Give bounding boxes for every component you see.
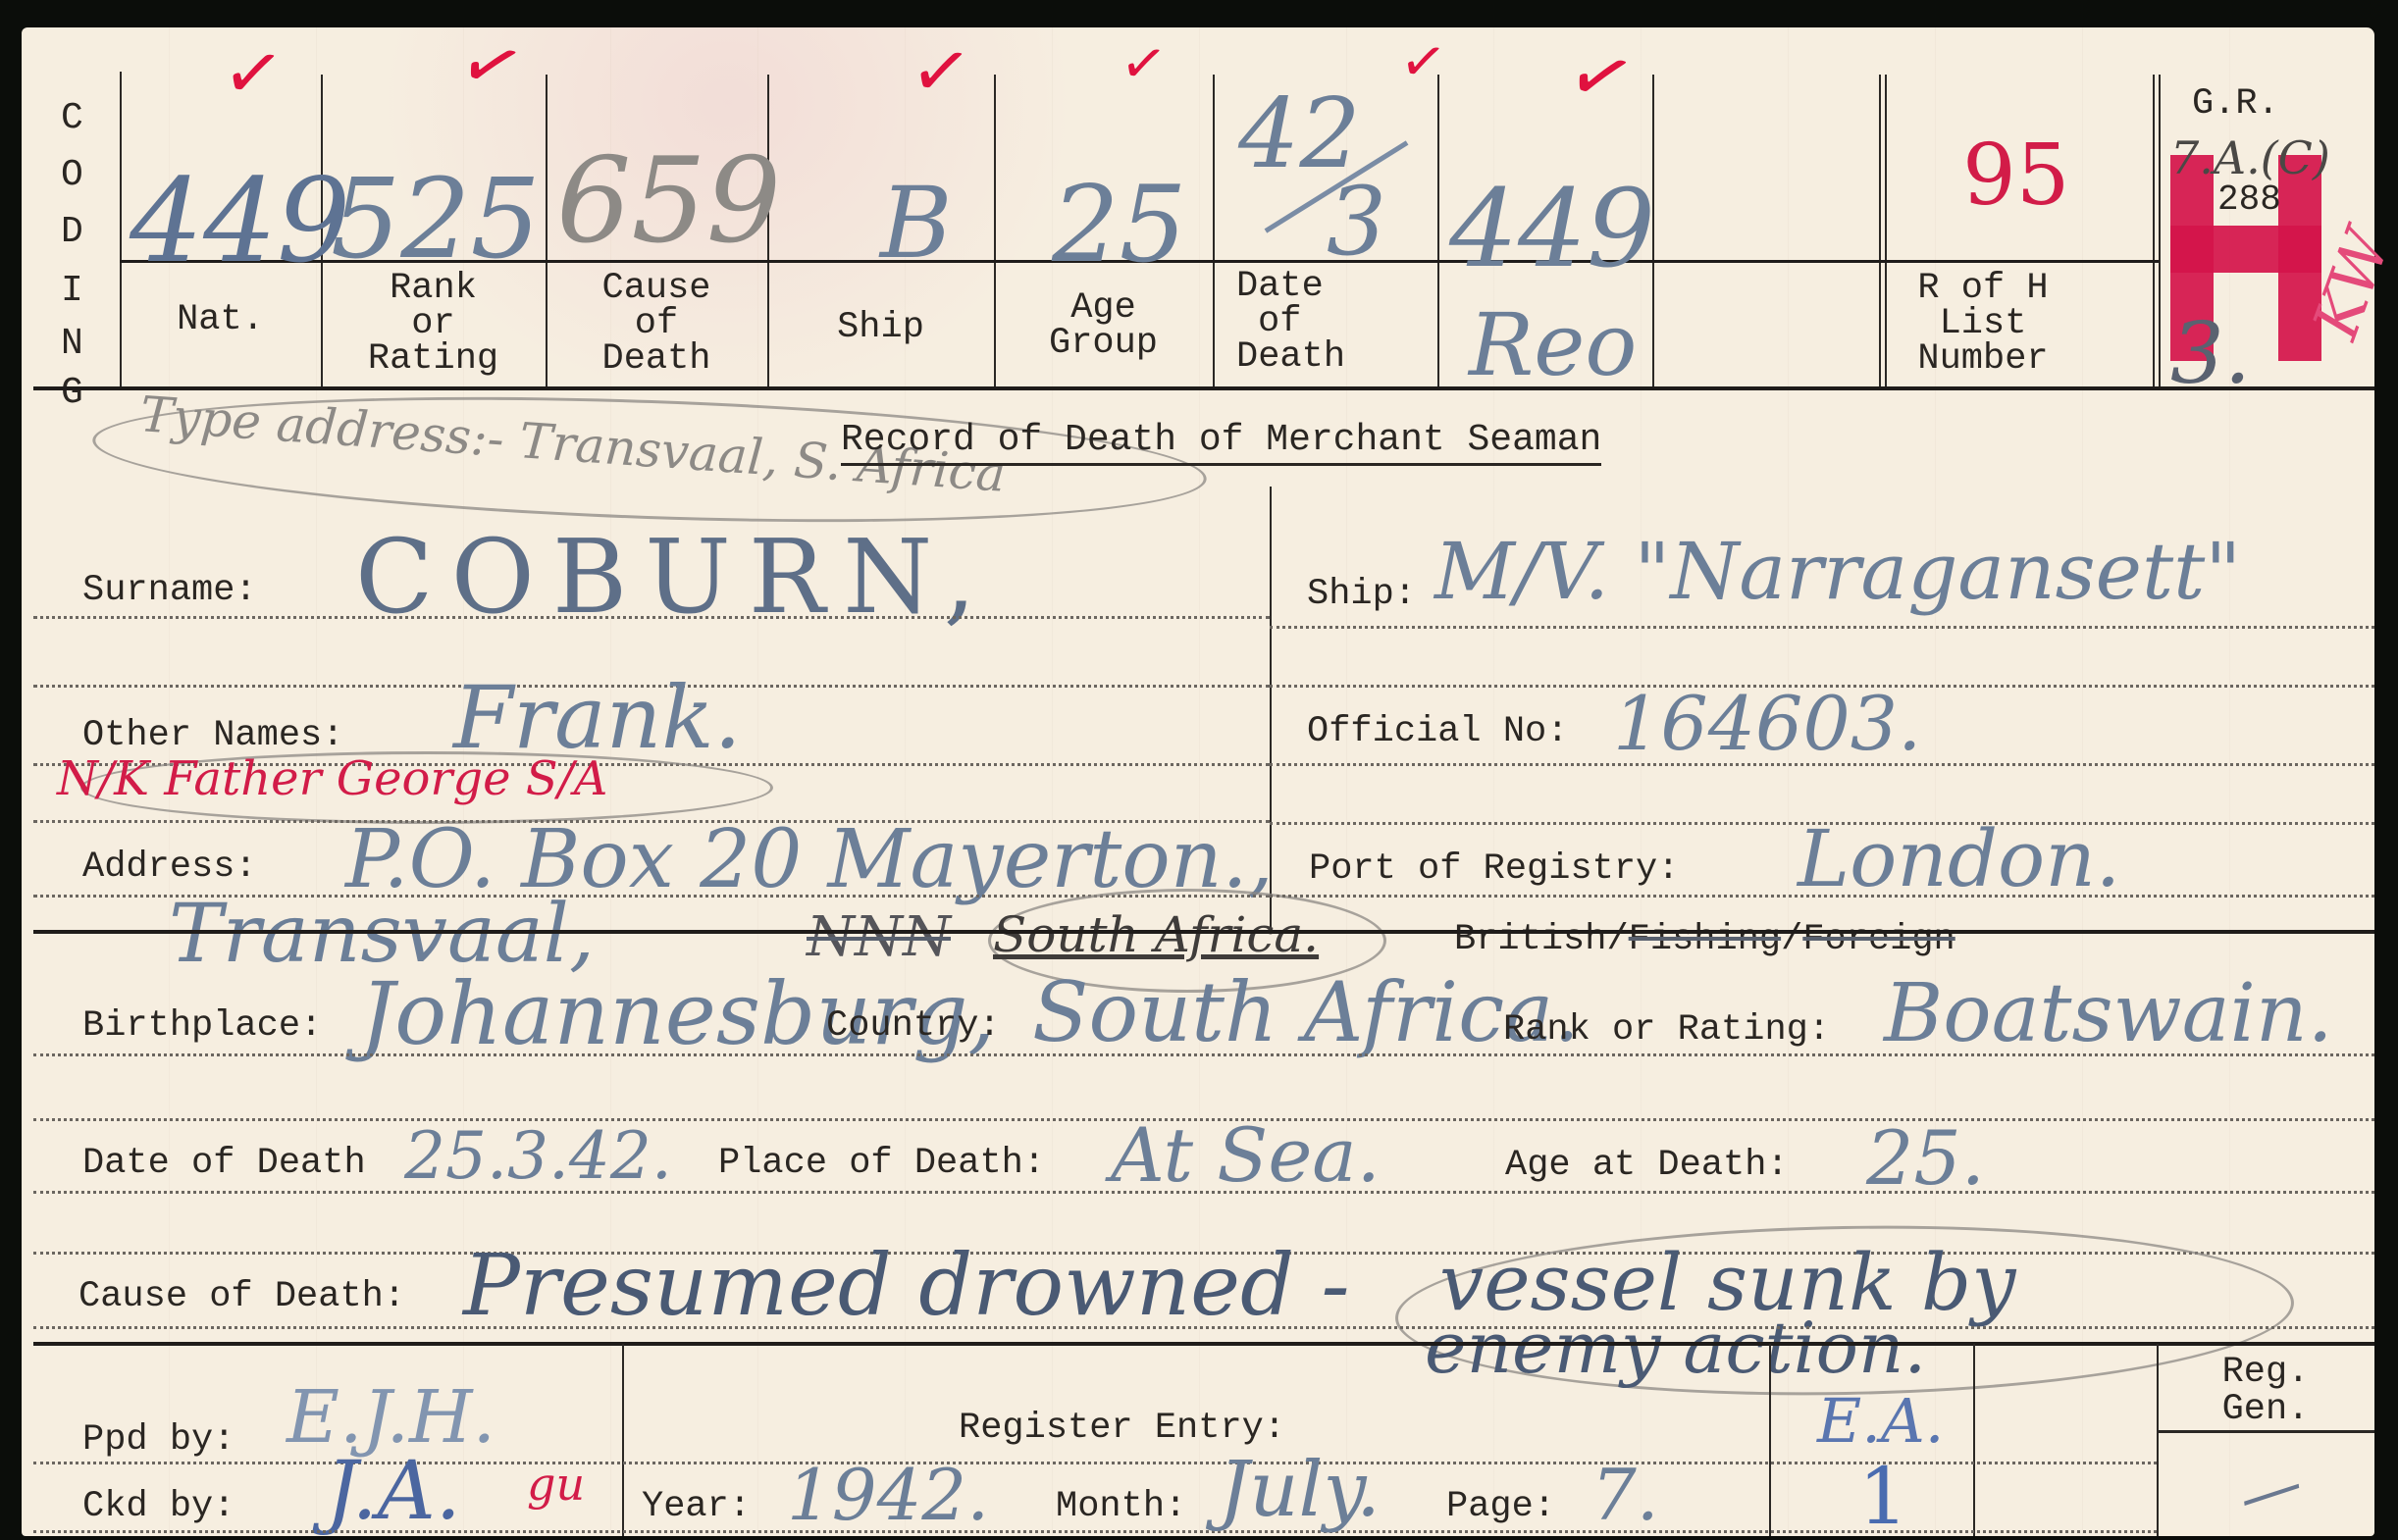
page-title: Record of Death of Merchant Seaman (841, 422, 1601, 466)
gr-number: 288 (2217, 182, 2281, 218)
check-tick-icon: ✓ (906, 31, 976, 112)
coding-letter: O (61, 157, 83, 194)
ship-label: Ship: (1307, 577, 1416, 613)
r-of-h-list-number-value: 95 (1962, 133, 2069, 218)
check-tick-icon: ✓ (1396, 32, 1449, 93)
coding-below-col7: Reo (1469, 302, 1637, 388)
column-divider (2159, 75, 2161, 388)
ship-value: M/V. "Narragansett" (1434, 533, 2241, 611)
dotted-line (33, 1053, 2374, 1056)
date-of-death-value: 25.3.42. (404, 1124, 672, 1189)
coding-letter: D (61, 214, 83, 251)
footer-divider (622, 1344, 624, 1536)
country-label: Country: (826, 1008, 1001, 1045)
registry-type: British/Fishing/Foreign (1454, 922, 1955, 958)
check-tick-icon: ✓ (1559, 31, 1643, 124)
label-age-group: Age Group (994, 290, 1213, 361)
death-record-card: C O D I N G ✓ ✓ ✓ ✓ ✓ ✓ 449 525 659 B 25 (22, 27, 2374, 1536)
column-divider (120, 72, 122, 387)
reg-gen-rule (2157, 1430, 2374, 1433)
ckd-by-red-initials: gu (527, 1462, 585, 1507)
next-of-kin-note: N/K Father George S/A (57, 755, 607, 802)
check-tick-icon: ✓ (450, 22, 533, 111)
port-of-registry-value: London. (1798, 820, 2120, 898)
check-tick-icon: ✓ (1117, 34, 1170, 95)
ppd-by-label: Ppd by: (82, 1422, 235, 1459)
age-at-death-label: Age at Death: (1505, 1148, 1789, 1184)
label-r-of-h-list-number: R of H List Number (1885, 271, 2081, 377)
coding-letter: N (61, 326, 83, 363)
coding-value-cause: 659 (556, 143, 781, 261)
dotted-line (1270, 763, 2374, 766)
reg-gen-value: — (2231, 1452, 2311, 1531)
year-label: Year: (642, 1489, 751, 1525)
column-divider (2153, 75, 2155, 388)
footer-top-rule (33, 1342, 2374, 1346)
cause-of-death-circled-line2: enemy action. (1425, 1312, 1926, 1383)
place-of-death-label: Place of Death: (718, 1146, 1045, 1182)
label-rank-or-rating: Rank or Rating (321, 271, 546, 377)
ea-box-bottom: 1 (1858, 1458, 1908, 1536)
gr-pencil-mark: 3. (2170, 312, 2251, 396)
ckd-by-label: Ckd by: (82, 1489, 235, 1525)
dotted-line (33, 1326, 2374, 1329)
label-nat: Nat. (120, 302, 321, 338)
address-circled-value: South Africa. (993, 910, 1319, 959)
label-date-of-death: Date of Death (1236, 269, 1437, 375)
footer-divider (1769, 1344, 1771, 1536)
coding-value-ship: B (880, 175, 953, 273)
date-of-death-label: Date of Death (82, 1146, 366, 1182)
birthplace-label: Birthplace: (82, 1008, 322, 1045)
other-names-label: Other Names: (82, 718, 343, 754)
coding-letter: I (61, 273, 83, 310)
dotted-line (33, 1530, 2157, 1533)
registry-fishing-struck: Fishing (1629, 919, 1781, 960)
register-entry-label: Register Entry: (959, 1411, 1285, 1447)
year-value: 1942. (787, 1460, 989, 1530)
official-no-value: 164603. (1613, 687, 1921, 761)
coding-letter: C (61, 100, 83, 137)
coding-value-rank: 525 (331, 165, 541, 275)
coding-value-age-group: 25 (1052, 173, 1186, 279)
month-value: July. (1219, 1452, 1381, 1528)
official-no-label: Official No: (1307, 714, 1568, 750)
check-tick-icon: ✓ (218, 33, 288, 114)
column-divider (1879, 75, 1881, 388)
ea-box-top: E.A. (1817, 1391, 1944, 1452)
age-at-death-value: 25. (1866, 1121, 1985, 1196)
reg-gen-label: Reg. Gen. (2157, 1354, 2374, 1428)
ppd-by-value: E.J.H. (287, 1381, 495, 1454)
port-of-registry-label: Port of Registry: (1309, 851, 1679, 888)
coding-letter: G (61, 375, 83, 412)
address-label: Address: (82, 849, 257, 886)
address-struck-text: NNN (807, 910, 951, 965)
page-label: Page: (1446, 1489, 1555, 1525)
dotted-line (33, 1191, 2374, 1194)
coding-value-col7: 449 (1449, 175, 1655, 282)
cause-of-death-value: Presumed drowned - (463, 1244, 1350, 1328)
coding-value-date-bottom: 3 (1327, 175, 1386, 269)
column-divider (1213, 75, 1215, 388)
rank-or-rating-label: Rank or Rating: (1503, 1012, 1830, 1049)
page-value: 7. (1591, 1460, 1659, 1530)
footer-divider (1973, 1344, 1975, 1536)
surname-value: COBURN, (355, 526, 994, 628)
rank-or-rating-value: Boatswain. (1884, 974, 2333, 1054)
gr-handwritten-code: 7.A.(C) (2170, 135, 2330, 180)
country-value: South Africa. (1032, 971, 1580, 1053)
dotted-line (33, 616, 1270, 619)
cause-of-death-label: Cause of Death: (78, 1279, 405, 1315)
label-ship: Ship (767, 310, 994, 346)
gr-label: G.R. (2192, 86, 2279, 123)
month-label: Month: (1056, 1489, 1186, 1525)
registry-british: British (1454, 919, 1606, 960)
place-of-death-value: At Sea. (1111, 1118, 1381, 1193)
middle-bottom-rule (33, 930, 2374, 934)
surname-label: Surname: (82, 573, 257, 609)
ckd-by-value: J.A. (326, 1452, 461, 1532)
other-names-value: Frank. (453, 675, 742, 761)
column-divider (1437, 75, 1439, 388)
label-cause-of-death: Cause of Death (546, 271, 767, 377)
header-bottom-rule (33, 386, 2374, 390)
dotted-line (1270, 895, 2374, 898)
coding-value-nat: 449 (130, 163, 350, 279)
dotted-line (1270, 626, 2374, 629)
registry-foreign-struck: Foreign (1802, 919, 1955, 960)
